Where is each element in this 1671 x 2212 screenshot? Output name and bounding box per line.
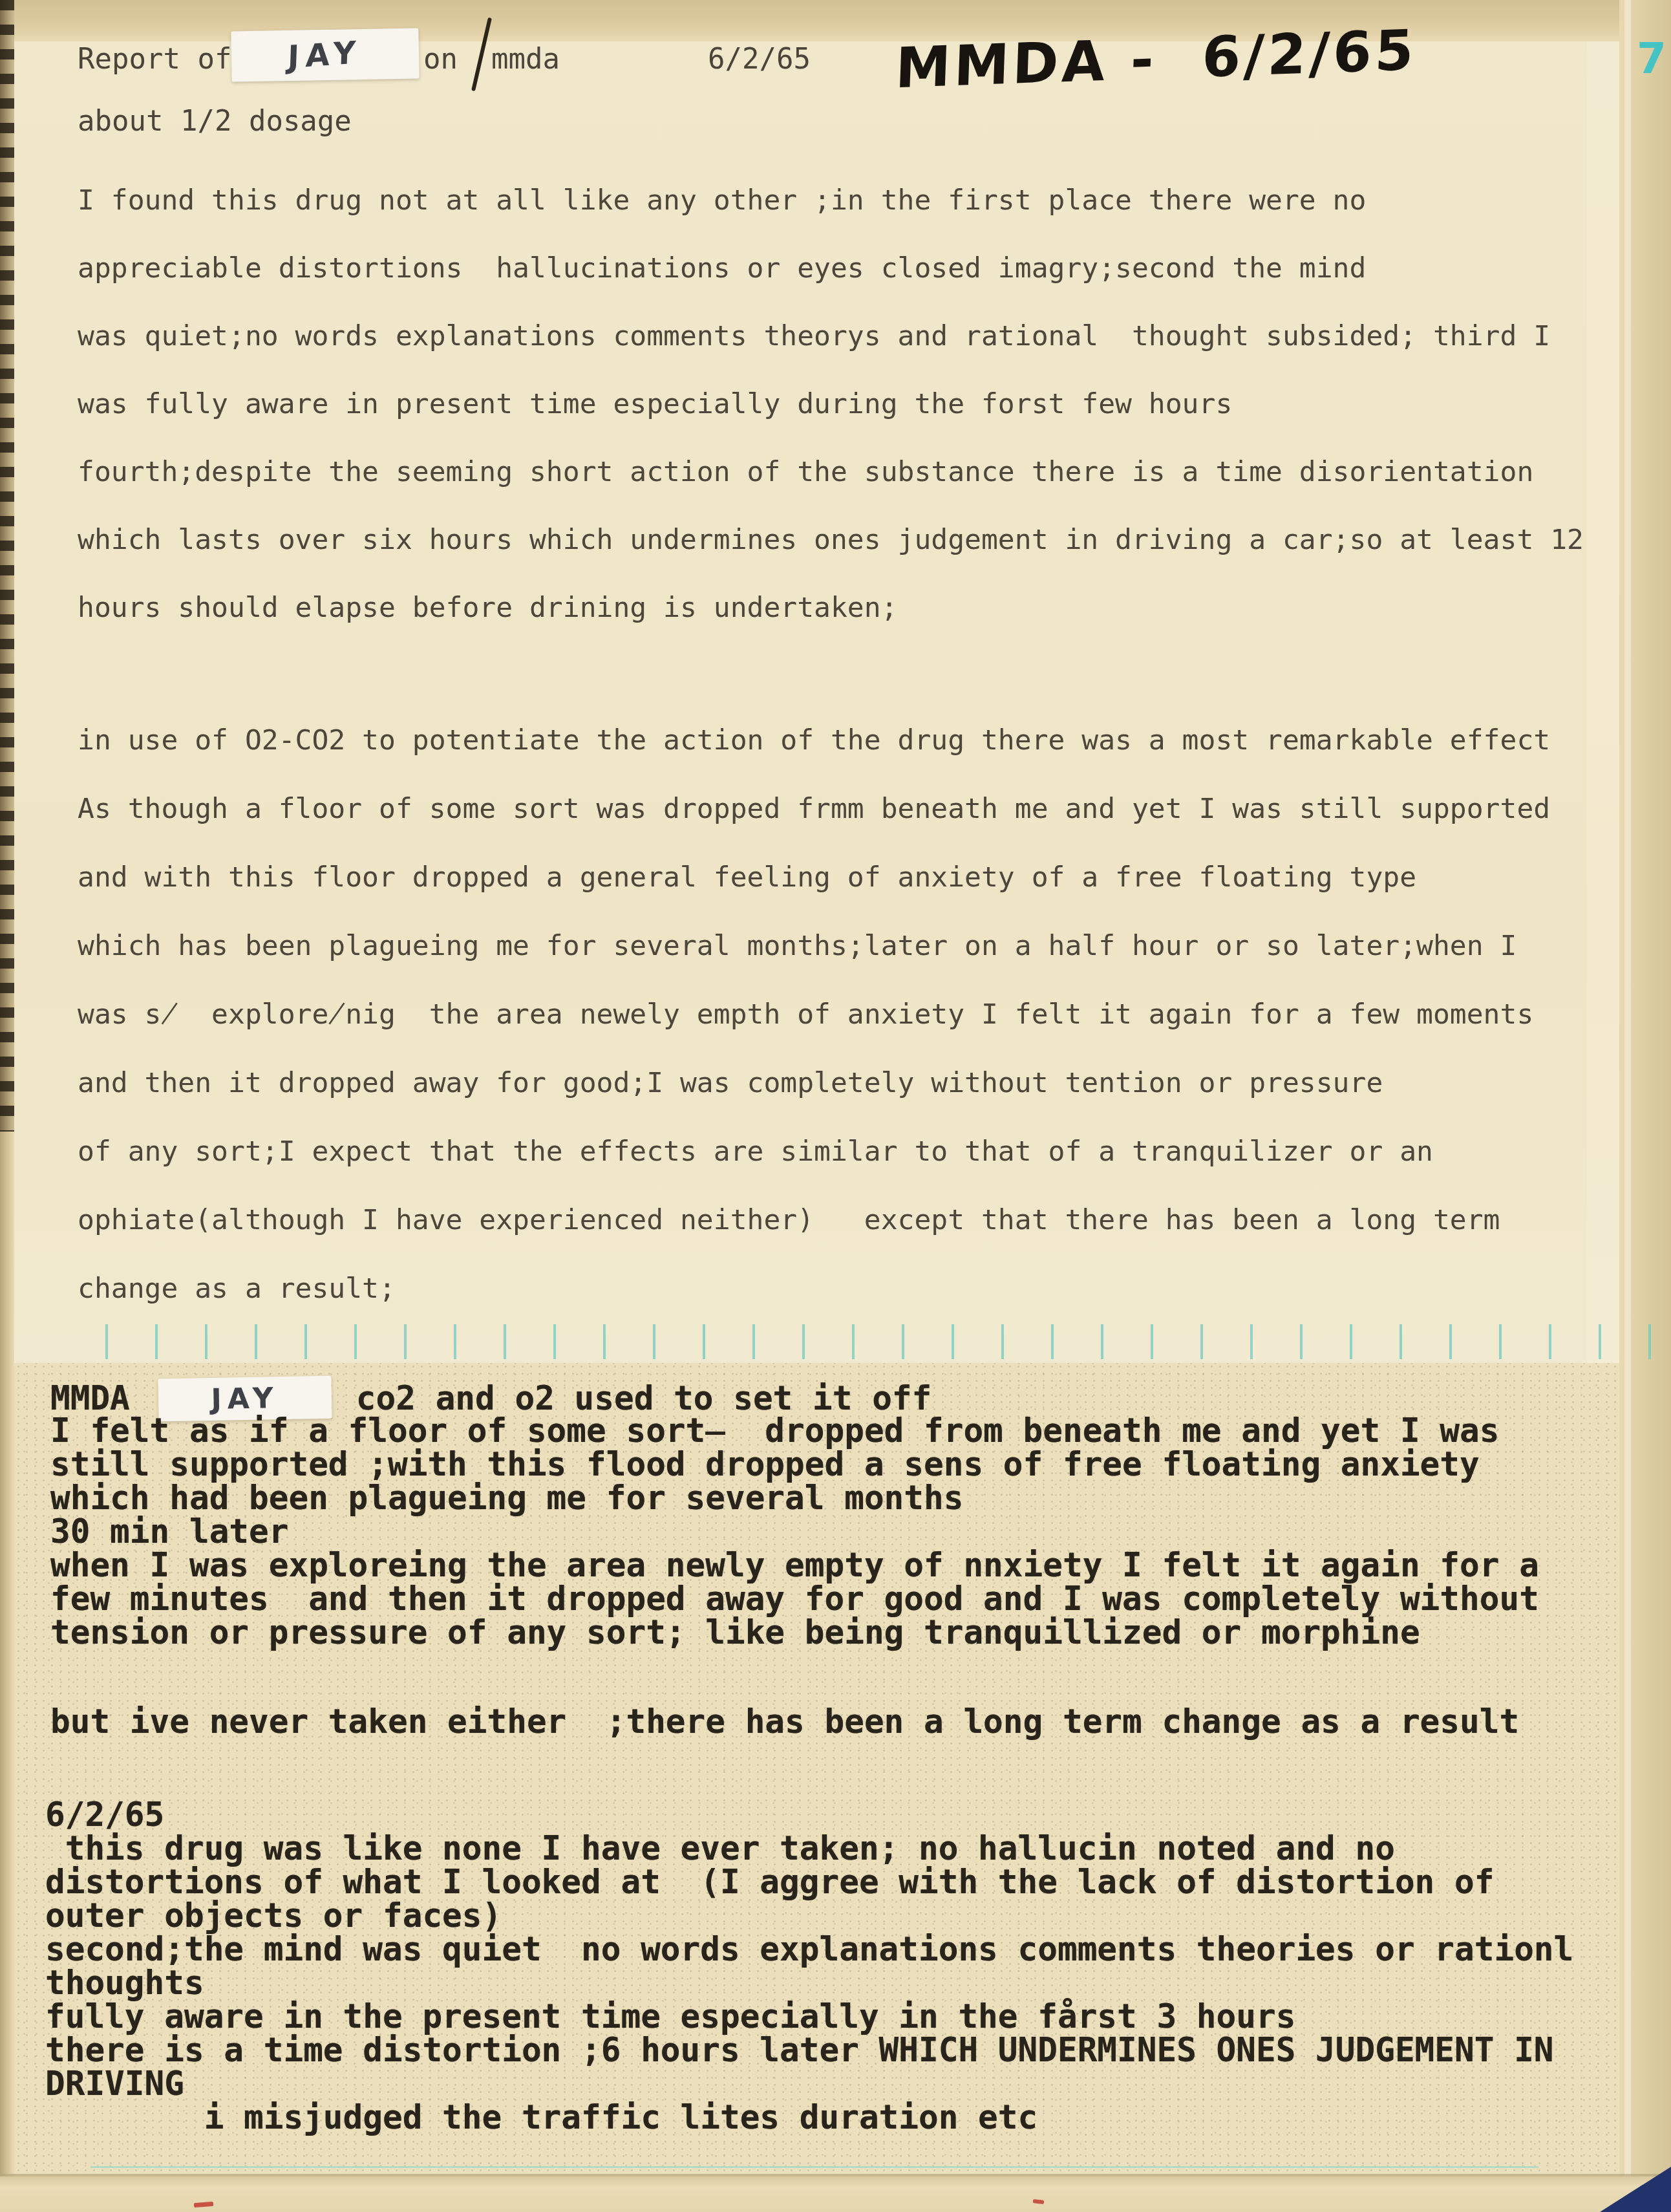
binding-edge-lower [0,1132,14,2212]
typed-line: still supported ;with this flood dropped… [50,1448,1539,1482]
header-on-word: on [423,43,458,76]
typed-line: in use of O2-CO2 to potentiate the actio… [78,706,1550,775]
report-prefix: Report of [78,43,231,76]
subject-name-handwriting: JAY [288,34,363,76]
typed-line: few minutes and then it dropped away for… [50,1583,1539,1616]
typed-line: this drug was like none I have ever take… [45,1832,1573,1866]
subject-name-handwriting-2: JAY [211,1382,279,1416]
typed-line: outer objects or faces) [45,1900,1573,1933]
typed-line: which lasts over six hours which undermi… [78,506,1584,574]
typed-line: distortions of what I looked at (I aggre… [45,1866,1573,1900]
typed-line: was fully aware in present time especial… [78,370,1584,438]
bottom-scan-edge [0,2176,1671,2212]
typed-line: when I was exploreing the area newly emp… [50,1549,1539,1583]
typed-line: change as a result; [78,1254,1550,1323]
typed-line: which had been plagueing me for several … [50,1482,1539,1516]
typed-paragraph-1: I found this drug not at all like any ot… [78,167,1584,642]
typed-line: As though a floor of some sort was dropp… [78,775,1550,843]
teal-underline [90,2166,1538,2168]
typed-line: which has been plagueing me for several … [78,912,1550,980]
header-date: 6/2/65 [708,43,811,76]
typed-line: fully aware in the present time especial… [45,2001,1573,2034]
typed-line: appreciable distortions hallucinations o… [78,235,1584,303]
dosage-note: about 1/2 dosage [78,105,352,138]
typed-line: was quiet;no words explanations comments… [78,303,1584,370]
header-drug-name: mmda [491,43,560,76]
page-number: 7 [1637,34,1666,83]
typed-line: hours should elapse before drining is un… [78,574,1584,642]
typed-line: ophiate(although I have experienced neit… [78,1186,1550,1254]
typed-line: DRIVING [45,2068,1573,2101]
typed-line: and then it dropped away for good;I was … [78,1049,1550,1117]
typed-paragraph-2: in use of O2-CO2 to potentiate the actio… [78,706,1550,1323]
typed-line: 30 min later [50,1516,1539,1549]
typed-line: I felt as if a floor of some sort̶ dropp… [50,1415,1539,1448]
typed-line: fourth;despite the seeming short action … [78,438,1584,506]
registration-tick-row [58,1324,1661,1359]
subject-name-label: JAY [231,28,419,81]
typed-line: 6/2/65 [45,1799,1573,1832]
typed-line: I found this drug not at all like any ot… [78,167,1584,235]
typed-line: of any sort;I expect that the effects ar… [78,1117,1550,1186]
right-page-highlight [1624,0,1631,2212]
typed-line: i misjudged the traffic lites duration e… [45,2101,1573,2135]
typed-line: was s̸ explore̸nig the area newely empth… [78,980,1550,1049]
retype-body: I felt as if a floor of some sort̶ dropp… [50,1415,1539,1650]
typed-line: and with this floor dropped a general fe… [78,843,1550,912]
document-scan: Report of JAY on mmda 6/2/65 about 1/2 d… [0,0,1671,2212]
typed-line: second;the mind was quiet no words expla… [45,1933,1573,1967]
typed-line: there is a time distortion ;6 hours late… [45,2034,1573,2068]
retype-closing-line: but ive never taken either ;there has be… [50,1703,1519,1741]
typed-line: tension or pressure of any sort; like be… [50,1616,1539,1650]
typed-line: thoughts [45,1967,1573,2001]
notes-body: 6/2/65 this drug was like none I have ev… [45,1799,1573,2135]
